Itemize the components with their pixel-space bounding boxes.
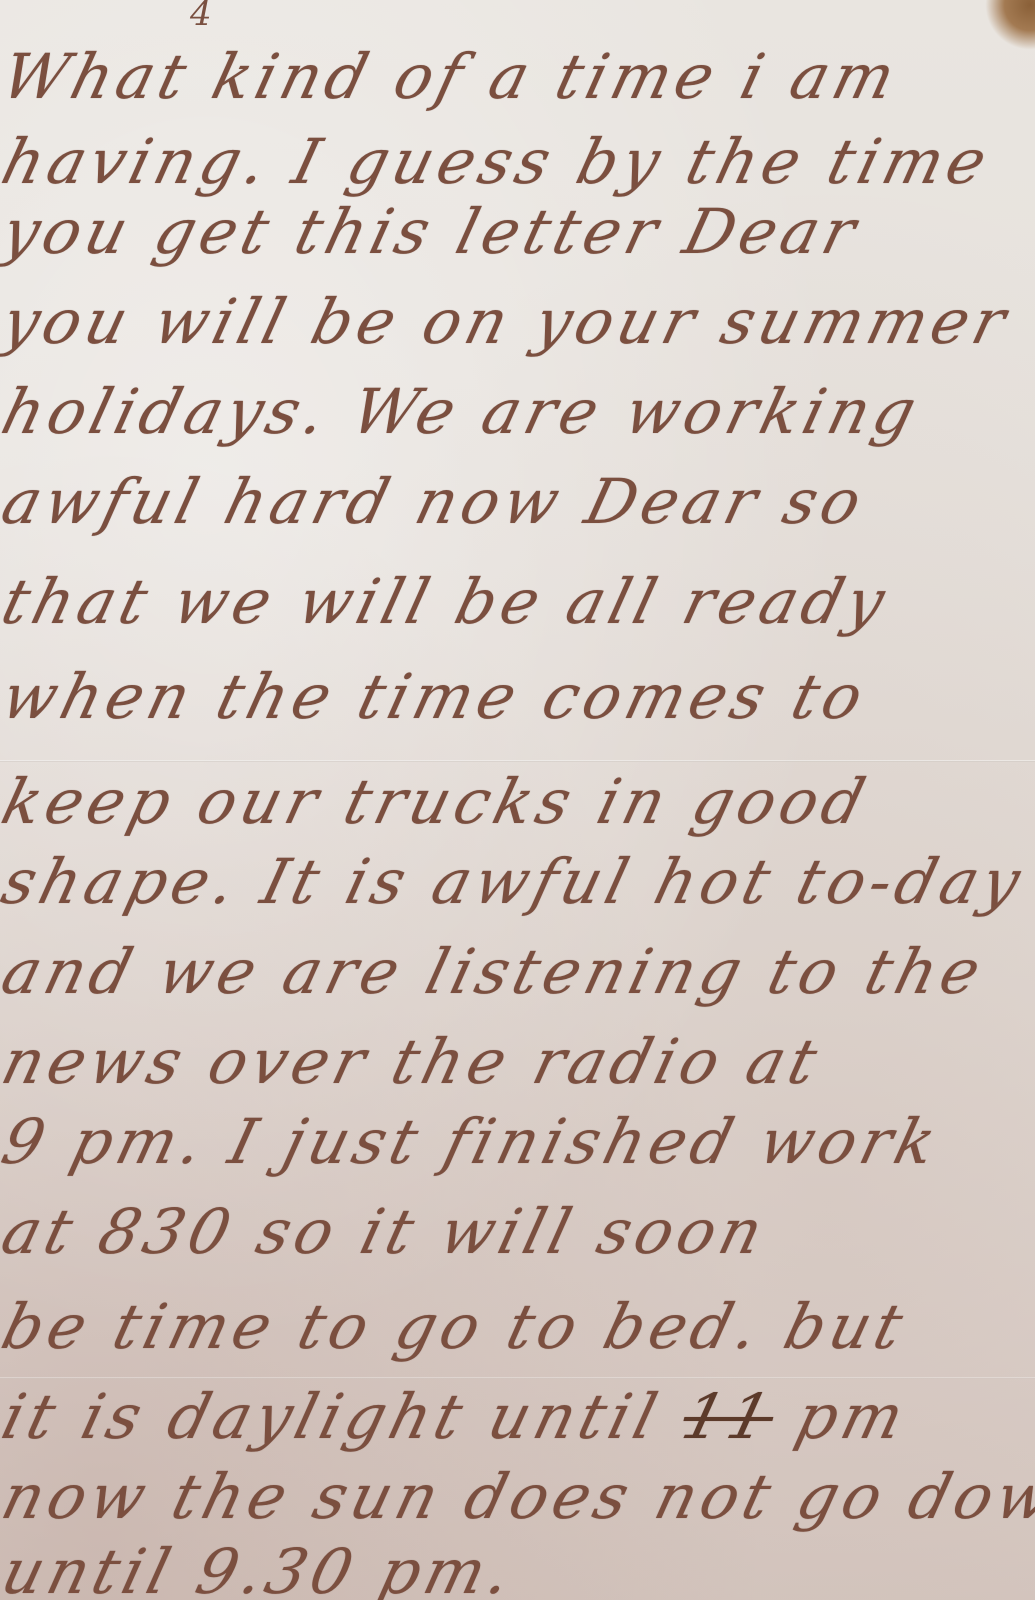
handwritten-line: you will be on your summer bbox=[0, 285, 1018, 358]
handwritten-line: that we will be all ready bbox=[0, 565, 897, 638]
handwritten-line: news over the radio at bbox=[0, 1025, 829, 1098]
handwritten-line: holidays. We are working bbox=[0, 375, 928, 448]
handwritten-line: keep our trucks in good bbox=[0, 765, 877, 838]
handwritten-line: 9 pm. I just finished work bbox=[0, 1105, 948, 1178]
handwritten-line: it is daylight until 11 pm bbox=[0, 1380, 916, 1453]
handwritten-line: at 830 so it will soon bbox=[0, 1195, 775, 1268]
line-text: pm bbox=[789, 1380, 916, 1453]
page-corner-shadow bbox=[985, 0, 1035, 50]
struck-out-numeral: 11 bbox=[675, 1380, 782, 1453]
page-number: 4 bbox=[190, 0, 212, 34]
line-text: it is daylight until bbox=[0, 1380, 669, 1453]
handwritten-line: now the sun does not go down bbox=[0, 1460, 1035, 1533]
handwritten-line: until 9.30 pm. bbox=[0, 1535, 523, 1600]
letter-page: 4 What kind of a time i am having. I gue… bbox=[0, 0, 1035, 1600]
handwritten-line: and we are listening to the bbox=[0, 935, 993, 1008]
paper-fold-line bbox=[0, 1377, 1035, 1379]
handwritten-line: What kind of a time i am bbox=[0, 40, 907, 113]
handwritten-line: be time to go to bed. but bbox=[0, 1290, 915, 1363]
handwritten-line: shape. It is awful hot to-day bbox=[0, 845, 1032, 918]
paper-fold-line bbox=[0, 760, 1035, 762]
handwritten-line: when the time comes to bbox=[0, 660, 875, 733]
handwritten-line: awful hard now Dear so bbox=[0, 465, 873, 538]
handwritten-line: you get this letter Dear bbox=[0, 195, 868, 268]
handwritten-line: having. I guess by the time bbox=[0, 125, 999, 198]
